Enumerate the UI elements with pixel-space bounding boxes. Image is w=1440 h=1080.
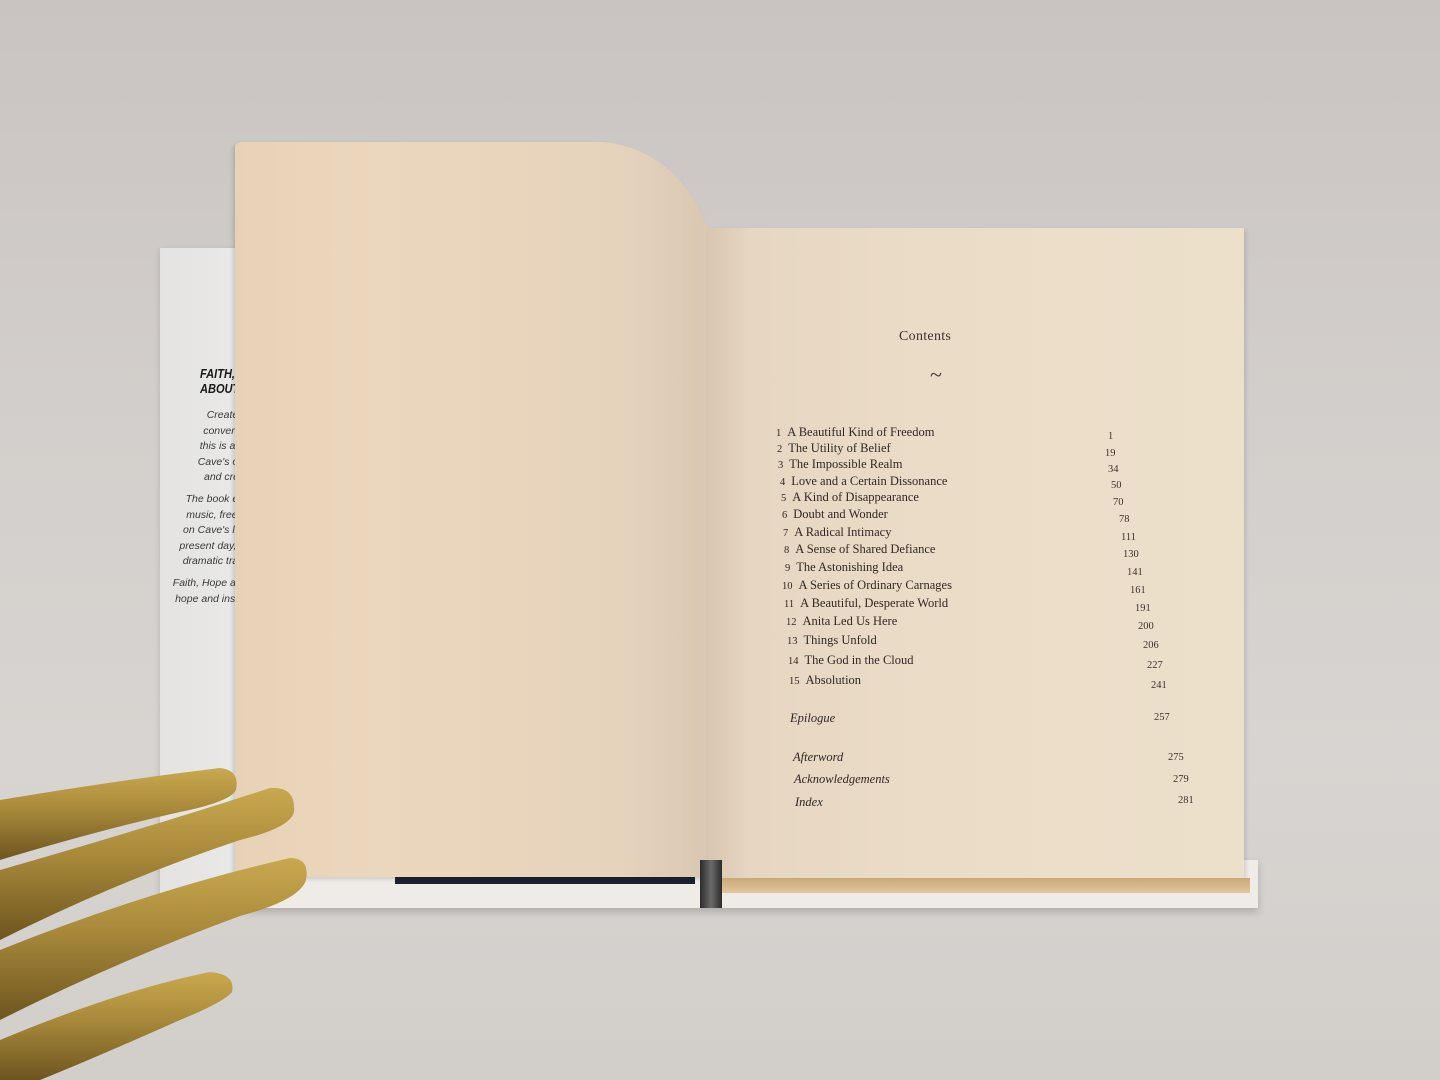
chapter-title: Anita Led Us Here bbox=[803, 614, 898, 628]
toc-back-matter: Index bbox=[795, 795, 823, 810]
toc-entry: 1A Beautiful Kind of Freedom bbox=[776, 425, 934, 440]
book-spine-gap bbox=[700, 860, 722, 908]
toc-entry: 7A Radical Intimacy bbox=[783, 525, 891, 540]
toc-back-matter: Epilogue bbox=[790, 711, 835, 726]
chapter-page-number: 141 bbox=[1127, 567, 1143, 578]
chapter-number: 13 bbox=[787, 636, 798, 647]
chapter-page-number: 78 bbox=[1119, 514, 1130, 525]
toc-entry: 15Absolution bbox=[789, 673, 861, 688]
chapter-title: Absolution bbox=[806, 673, 862, 687]
chapter-title: The God in the Cloud bbox=[805, 653, 914, 667]
chapter-number: 10 bbox=[782, 581, 793, 592]
chapter-page-number: 70 bbox=[1113, 497, 1124, 508]
chapter-title: A Beautiful Kind of Freedom bbox=[787, 425, 934, 439]
chapter-page-number: 1 bbox=[1108, 431, 1113, 442]
chapter-page-number: 19 bbox=[1105, 448, 1116, 459]
toc-entry: 13Things Unfold bbox=[787, 633, 877, 648]
toc-entry: 2The Utility of Belief bbox=[777, 441, 891, 456]
tilde-ornament-icon: ~ bbox=[930, 362, 942, 388]
back-matter-page-number: 281 bbox=[1178, 795, 1194, 806]
chapter-title: A Sense of Shared Defiance bbox=[795, 542, 935, 556]
chapter-title: A Series of Ordinary Carnages bbox=[799, 578, 952, 592]
chapter-page-number: 206 bbox=[1143, 640, 1159, 651]
chapter-number: 8 bbox=[784, 545, 789, 556]
chapter-title: A Kind of Disappearance bbox=[792, 490, 919, 504]
toc-entry: 11A Beautiful, Desperate World bbox=[784, 596, 948, 611]
toc-entry: 4Love and a Certain Dissonance bbox=[780, 474, 947, 489]
chapter-title: Doubt and Wonder bbox=[793, 507, 888, 521]
chapter-page-number: 161 bbox=[1130, 585, 1146, 596]
chapter-page-number: 200 bbox=[1138, 621, 1154, 632]
back-matter-page-number: 279 bbox=[1173, 774, 1189, 785]
chapter-number: 6 bbox=[782, 510, 787, 521]
chapter-title: A Radical Intimacy bbox=[794, 525, 891, 539]
chapter-title: The Astonishing Idea bbox=[796, 560, 903, 574]
chapter-title: The Utility of Belief bbox=[788, 441, 890, 455]
chapter-title: A Beautiful, Desperate World bbox=[800, 596, 948, 610]
toc-back-matter: Acknowledgements bbox=[794, 772, 890, 787]
chapter-number: 11 bbox=[784, 599, 794, 610]
toc-entry: 3The Impossible Realm bbox=[778, 457, 902, 472]
contents-heading: Contents bbox=[899, 329, 951, 345]
chapter-page-number: 34 bbox=[1108, 464, 1119, 475]
chapter-page-number: 227 bbox=[1147, 660, 1163, 671]
toc-entry: 12Anita Led Us Here bbox=[786, 614, 897, 629]
chapter-number: 5 bbox=[781, 493, 786, 504]
toc-entry: 10A Series of Ordinary Carnages bbox=[782, 578, 952, 593]
toc-entry: 5A Kind of Disappearance bbox=[781, 490, 919, 505]
chapter-number: 7 bbox=[783, 528, 788, 539]
toc-back-matter: Afterword bbox=[793, 750, 843, 765]
chapter-number: 3 bbox=[778, 460, 783, 471]
chapter-number: 9 bbox=[785, 563, 790, 574]
chapter-title: Love and a Certain Dissonance bbox=[791, 474, 947, 488]
gold-mannequin-hand bbox=[0, 740, 420, 1080]
back-matter-page-number: 257 bbox=[1154, 712, 1170, 723]
back-matter-page-number: 275 bbox=[1168, 752, 1184, 763]
chapter-number: 14 bbox=[788, 656, 799, 667]
chapter-number: 12 bbox=[786, 617, 797, 628]
chapter-number: 2 bbox=[777, 444, 782, 455]
chapter-number: 4 bbox=[780, 477, 785, 488]
chapter-page-number: 111 bbox=[1121, 532, 1136, 543]
chapter-number: 1 bbox=[776, 428, 781, 439]
chapter-number: 15 bbox=[789, 676, 800, 687]
chapter-title: Things Unfold bbox=[804, 633, 877, 647]
toc-entry: 6Doubt and Wonder bbox=[782, 507, 888, 522]
toc-entry: 9The Astonishing Idea bbox=[785, 560, 903, 575]
chapter-page-number: 130 bbox=[1123, 549, 1139, 560]
chapter-page-number: 241 bbox=[1151, 680, 1167, 691]
chapter-page-number: 191 bbox=[1135, 603, 1151, 614]
toc-entry: 8A Sense of Shared Defiance bbox=[784, 542, 935, 557]
page-block-edge bbox=[716, 878, 1250, 893]
chapter-page-number: 50 bbox=[1111, 480, 1122, 491]
chapter-title: The Impossible Realm bbox=[789, 457, 902, 471]
toc-entry: 14The God in the Cloud bbox=[788, 653, 914, 668]
